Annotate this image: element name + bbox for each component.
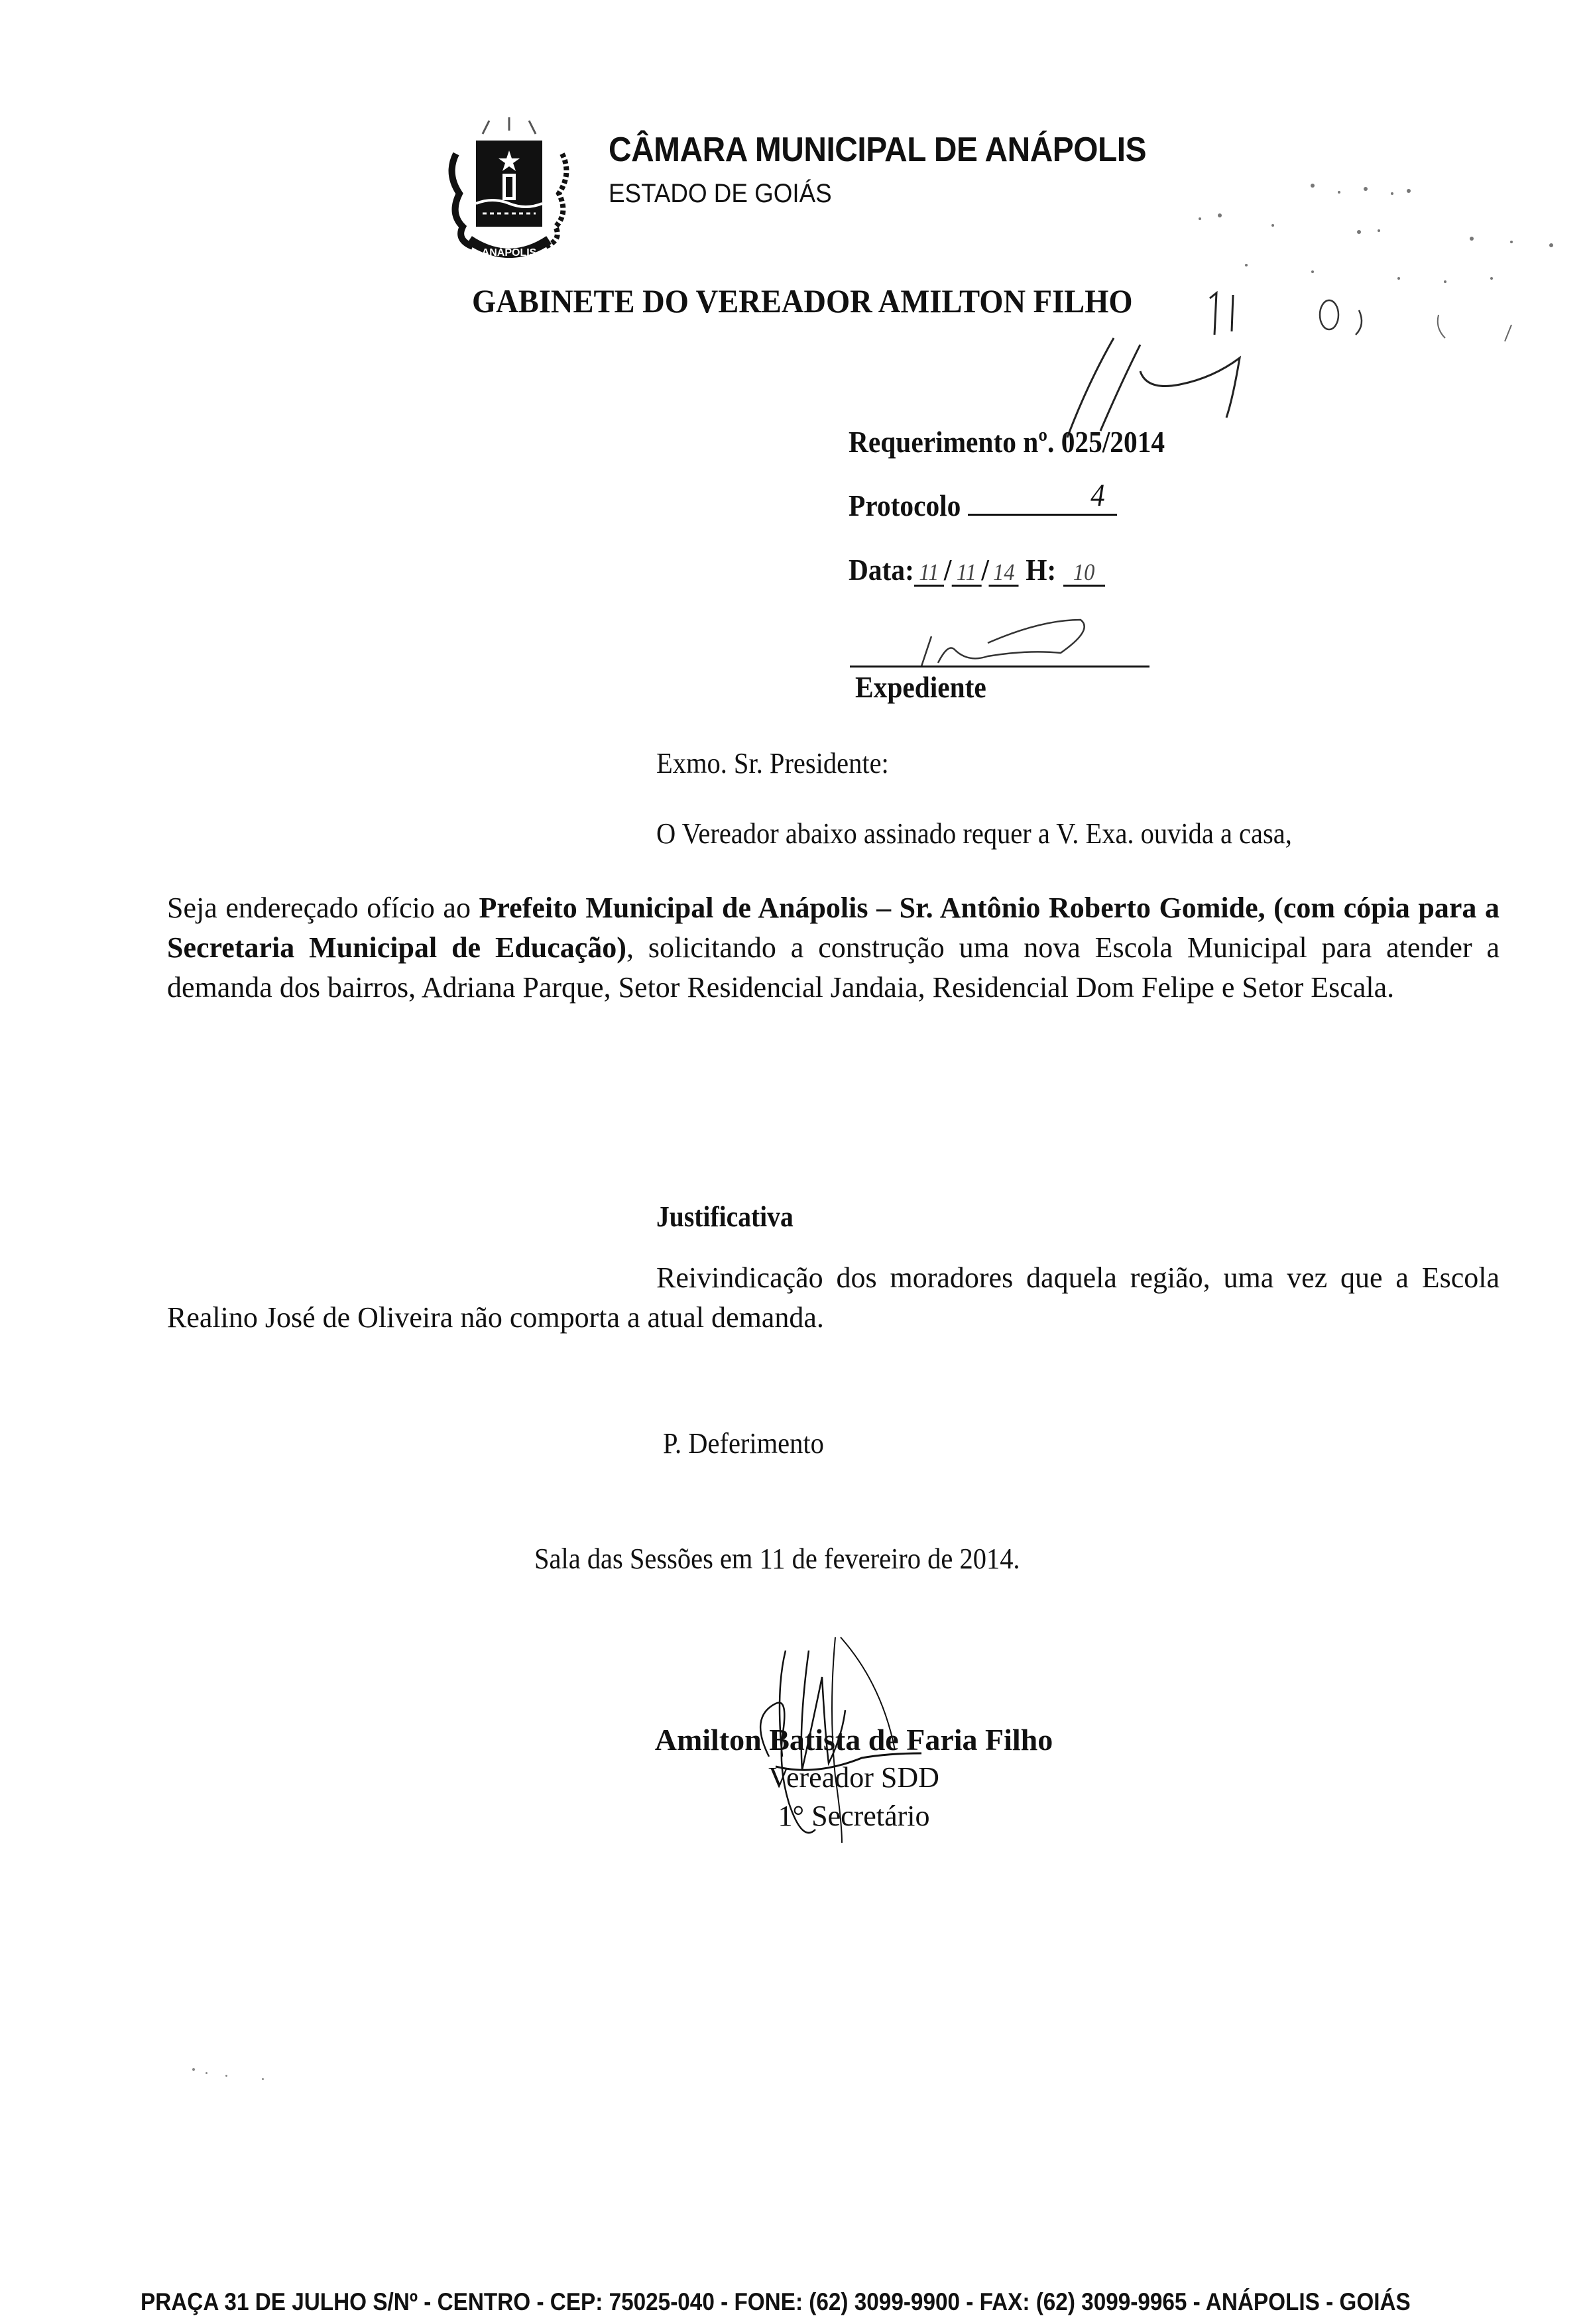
hora-label: H: (1026, 553, 1056, 587)
requerimento-label: Requerimento nº. (849, 425, 1054, 459)
salutation: Exmo. Sr. Presidente: (656, 744, 889, 784)
data-hora-line: Data:11/11/14 H: 10 (849, 552, 1105, 587)
closing-text: P. Deferimento (663, 1424, 824, 1464)
protocolo-field: 4 (968, 487, 1117, 516)
office-title: GABINETE DO VEREADOR AMILTON FILHO (472, 282, 1133, 320)
signer-name: Amilton Batista de Faria Filho (589, 1722, 1119, 1757)
scan-speck (225, 2075, 227, 2077)
protocolo-line: Protocolo 4 (849, 487, 1117, 523)
justificativa-heading: Justificativa (656, 1200, 794, 1234)
data-year-field: 14 (989, 558, 1019, 587)
svg-text:ANÁPOLIS: ANÁPOLIS (482, 246, 537, 259)
signer-role: Vereador SDD (589, 1761, 1119, 1794)
scan-speck (206, 2072, 207, 2074)
expediente-signature (908, 616, 1120, 669)
justificativa-paragraph: Reivindicação dos moradores daquela regi… (167, 1258, 1500, 1338)
municipal-coat-of-arms-icon: ANÁPOLIS (443, 114, 575, 273)
hora-field: 10 (1063, 558, 1105, 587)
scan-speck (262, 2078, 264, 2080)
signer-office: 1° Secretário (589, 1799, 1119, 1833)
request-paragraph: Seja endereçado ofício ao Prefeito Munic… (167, 888, 1500, 1008)
receipt-stamp (1180, 146, 1591, 345)
requerimento-number-line: Requerimento nº. 025/2014 (849, 424, 1165, 459)
footer-address: PRAÇA 31 DE JULHO S/Nº - CENTRO - CEP: 7… (141, 2288, 1411, 2316)
data-month-field: 11 (951, 558, 981, 587)
expediente-signature-line (850, 666, 1149, 668)
requerimento-number: 025/2014 (1061, 425, 1165, 459)
protocolo-label: Protocolo (849, 489, 961, 522)
data-label: Data: (849, 553, 914, 587)
data-day-field: 11 (914, 558, 944, 587)
scan-speck (192, 2068, 195, 2071)
intro-paragraph: O Vereador abaixo assinado requer a V. E… (656, 814, 1292, 854)
organization-state: ESTADO DE GOIÁS (609, 179, 832, 209)
place-date: Sala das Sessões em 11 de fevereiro de 2… (534, 1539, 1020, 1579)
organization-name: CÂMARA MUNICIPAL DE ANÁPOLIS (609, 130, 1146, 170)
expediente-label: Expediente (855, 669, 986, 705)
